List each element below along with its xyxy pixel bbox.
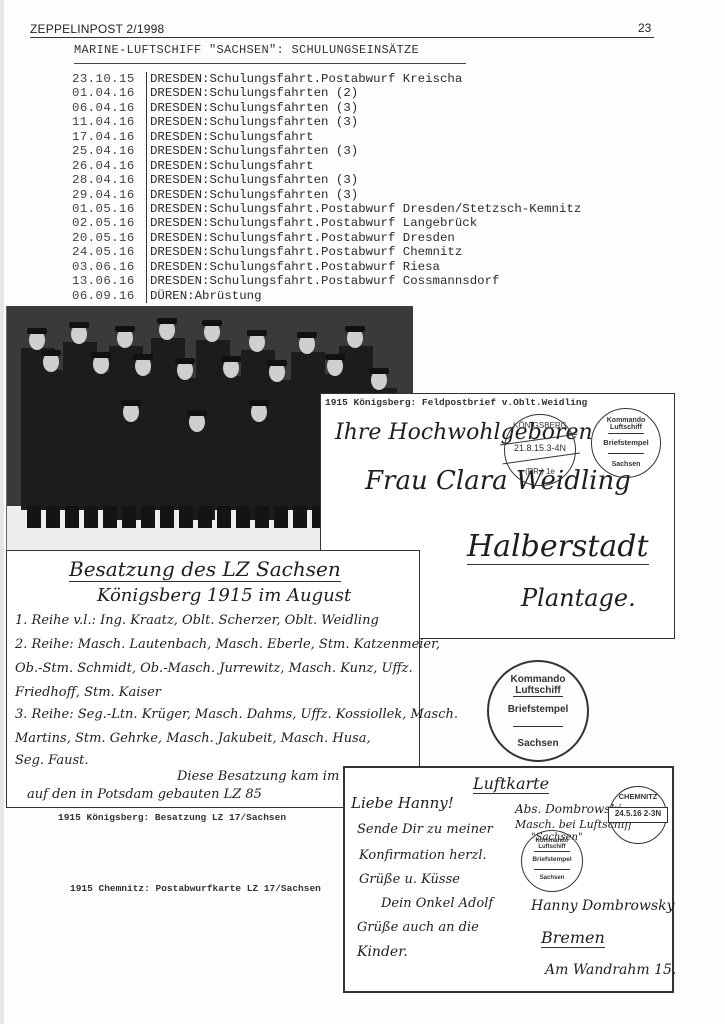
log-row: 13.06.16DRESDEN:Schulungsfahrt.Postabwur… (72, 274, 581, 288)
mission-log-table: 23.10.15DRESDEN:Schulungsfahrt.Postabwur… (72, 72, 581, 303)
letter-recipient: Frau Clara Weidling (365, 466, 631, 496)
log-entry: DRESDEN:Schulungsfahrt.Postabwurf Cossma… (146, 274, 499, 288)
postcard-cachet: Kommando Luftschiff Briefstempel Sachsen (521, 830, 583, 892)
section-rule (74, 63, 466, 64)
log-entry: DRESDEN:Schulungsfahrten (3) (146, 173, 358, 187)
log-entry: DRESDEN:Schulungsfahrt.Postabwurf Dresde… (146, 231, 455, 245)
log-date: 06.09.16 (72, 289, 146, 303)
publication-title: ZEPPELINPOST 2/1998 (30, 22, 164, 36)
crew-caption: 1915 Königsberg: Besatzung LZ 17/Sachsen (58, 812, 286, 823)
log-row: 29.04.16DRESDEN:Schulungsfahrten (3) (72, 188, 581, 202)
message-line: Grüße u. Küsse (359, 872, 460, 887)
airdrop-postcard: Luftkarte Liebe Hanny!Sende Dir zu meine… (343, 766, 674, 993)
message-line: Kinder. (357, 944, 408, 960)
log-row: 25.04.16DRESDEN:Schulungsfahrten (3) (72, 144, 581, 158)
log-entry: DRESDEN:Schulungsfahrt.Postabwurf Dresde… (146, 202, 581, 216)
letter-city: Halberstadt (467, 529, 649, 565)
message-line: Sende Dir zu meiner (357, 822, 493, 837)
address-line: Bremen (541, 928, 605, 948)
log-date: 25.04.16 (72, 144, 146, 158)
message-line: Dein Onkel Adolf (381, 896, 493, 911)
crew-heading: Besatzung des LZ Sachsen (69, 557, 341, 582)
chemnitz-postmark: CHEMNITZ 24.5.16 2-3N (609, 786, 667, 844)
message-line: Grüße auch an die (357, 920, 479, 935)
log-entry: DRESDEN:Schulungsfahrt.Postabwurf Chemni… (146, 245, 462, 259)
log-entry: DRESDEN:Schulungsfahrten (3) (146, 188, 358, 202)
log-date: 01.04.16 (72, 86, 146, 100)
standalone-cachet: Kommando Luftschiff Briefstempel Sachsen (487, 660, 589, 762)
log-date: 29.04.16 (72, 188, 146, 202)
log-row: 17.04.16DRESDEN:Schulungsfahrt (72, 130, 581, 144)
letter-street: Plantage. (521, 584, 636, 612)
address-line: Am Wandrahm 15. (545, 962, 676, 978)
log-row: 06.09.16DÜREN:Abrüstung (72, 289, 581, 303)
kommando-cachet: Kommando Luftschiff Briefstempel Sachsen (591, 408, 661, 478)
crew-line: 3. Reihe: Seg.-Ltn. Krüger, Masch. Dahms… (15, 707, 458, 722)
log-entry: DRESDEN:Schulungsfahrt (146, 159, 314, 173)
log-row: 03.06.16DRESDEN:Schulungsfahrt.Postabwur… (72, 260, 581, 274)
log-date: 26.04.16 (72, 159, 146, 173)
log-entry: DRESDEN:Schulungsfahrten (3) (146, 115, 358, 129)
crew-line: Martins, Stm. Gehrke, Masch. Jakubeit, M… (15, 731, 371, 746)
log-entry: DRESDEN:Schulungsfahrten (3) (146, 144, 358, 158)
log-date: 13.06.16 (72, 274, 146, 288)
log-entry: DRESDEN:Schulungsfahrt.Postabwurf Kreisc… (146, 72, 462, 86)
log-row: 26.04.16DRESDEN:Schulungsfahrt (72, 159, 581, 173)
crew-line: auf den in Potsdam gebauten LZ 85 (27, 787, 262, 802)
address-line: Hanny Dombrowsky (531, 898, 675, 914)
log-date: 24.05.16 (72, 245, 146, 259)
crew-subheading: Königsberg 1915 im August (97, 585, 351, 606)
log-row: 24.05.16DRESDEN:Schulungsfahrt.Postabwur… (72, 245, 581, 259)
log-entry: DÜREN:Abrüstung (146, 289, 262, 303)
log-date: 28.04.16 (72, 173, 146, 187)
log-row: 28.04.16DRESDEN:Schulungsfahrten (3) (72, 173, 581, 187)
scan-edge (0, 0, 4, 1024)
log-entry: DRESDEN:Schulungsfahrt.Postabwurf Langeb… (146, 216, 477, 230)
letter-caption: 1915 Königsberg: Feldpostbrief v.Oblt.We… (325, 397, 587, 408)
log-row: 06.04.16DRESDEN:Schulungsfahrten (3) (72, 101, 581, 115)
log-row: 23.10.15DRESDEN:Schulungsfahrt.Postabwur… (72, 72, 581, 86)
log-date: 17.04.16 (72, 130, 146, 144)
message-line: Liebe Hanny! (351, 794, 454, 812)
log-entry: DRESDEN:Schulungsfahrt.Postabwurf Riesa (146, 260, 440, 274)
log-date: 01.05.16 (72, 202, 146, 216)
log-date: 06.04.16 (72, 101, 146, 115)
message-line: Konfirmation herzl. (359, 848, 487, 863)
log-date: 03.06.16 (72, 260, 146, 274)
log-date: 23.10.15 (72, 72, 146, 86)
header-rule (30, 37, 654, 38)
crew-line: Friedhoff, Stm. Kaiser (15, 685, 161, 700)
log-date: 11.04.16 (72, 115, 146, 129)
postcard-title: Luftkarte (473, 774, 549, 794)
log-date: 20.05.16 (72, 231, 146, 245)
log-row: 11.04.16DRESDEN:Schulungsfahrten (3) (72, 115, 581, 129)
section-title: MARINE-LUFTSCHIFF "SACHSEN": SCHULUNGSEI… (74, 43, 419, 57)
log-entry: DRESDEN:Schulungsfahrten (2) (146, 86, 358, 100)
log-entry: DRESDEN:Schulungsfahrten (3) (146, 101, 358, 115)
log-row: 01.05.16DRESDEN:Schulungsfahrt.Postabwur… (72, 202, 581, 216)
log-entry: DRESDEN:Schulungsfahrt (146, 130, 314, 144)
crew-line: 2. Reihe: Masch. Lautenbach, Masch. Eber… (15, 637, 440, 652)
log-date: 02.05.16 (72, 216, 146, 230)
crew-line: Seg. Faust. (15, 753, 88, 768)
address-line: Abs. Dombrowski (515, 802, 622, 816)
log-row: 02.05.16DRESDEN:Schulungsfahrt.Postabwur… (72, 216, 581, 230)
page-number: 23 (638, 21, 651, 35)
log-row: 01.04.16DRESDEN:Schulungsfahrten (2) (72, 86, 581, 100)
postcard-caption: 1915 Chemnitz: Postabwurfkarte LZ 17/Sac… (70, 883, 321, 894)
koenigsberg-postmark: KÖNIGSBERG 21.8.15.3-4N (PR.) 1e (504, 414, 576, 486)
log-row: 20.05.16DRESDEN:Schulungsfahrt.Postabwur… (72, 231, 581, 245)
crew-line: Ob.-Stm. Schmidt, Ob.-Masch. Jurrewitz, … (15, 661, 413, 676)
crew-line: 1. Reihe v.l.: Ing. Kraatz, Oblt. Scherz… (15, 613, 379, 628)
